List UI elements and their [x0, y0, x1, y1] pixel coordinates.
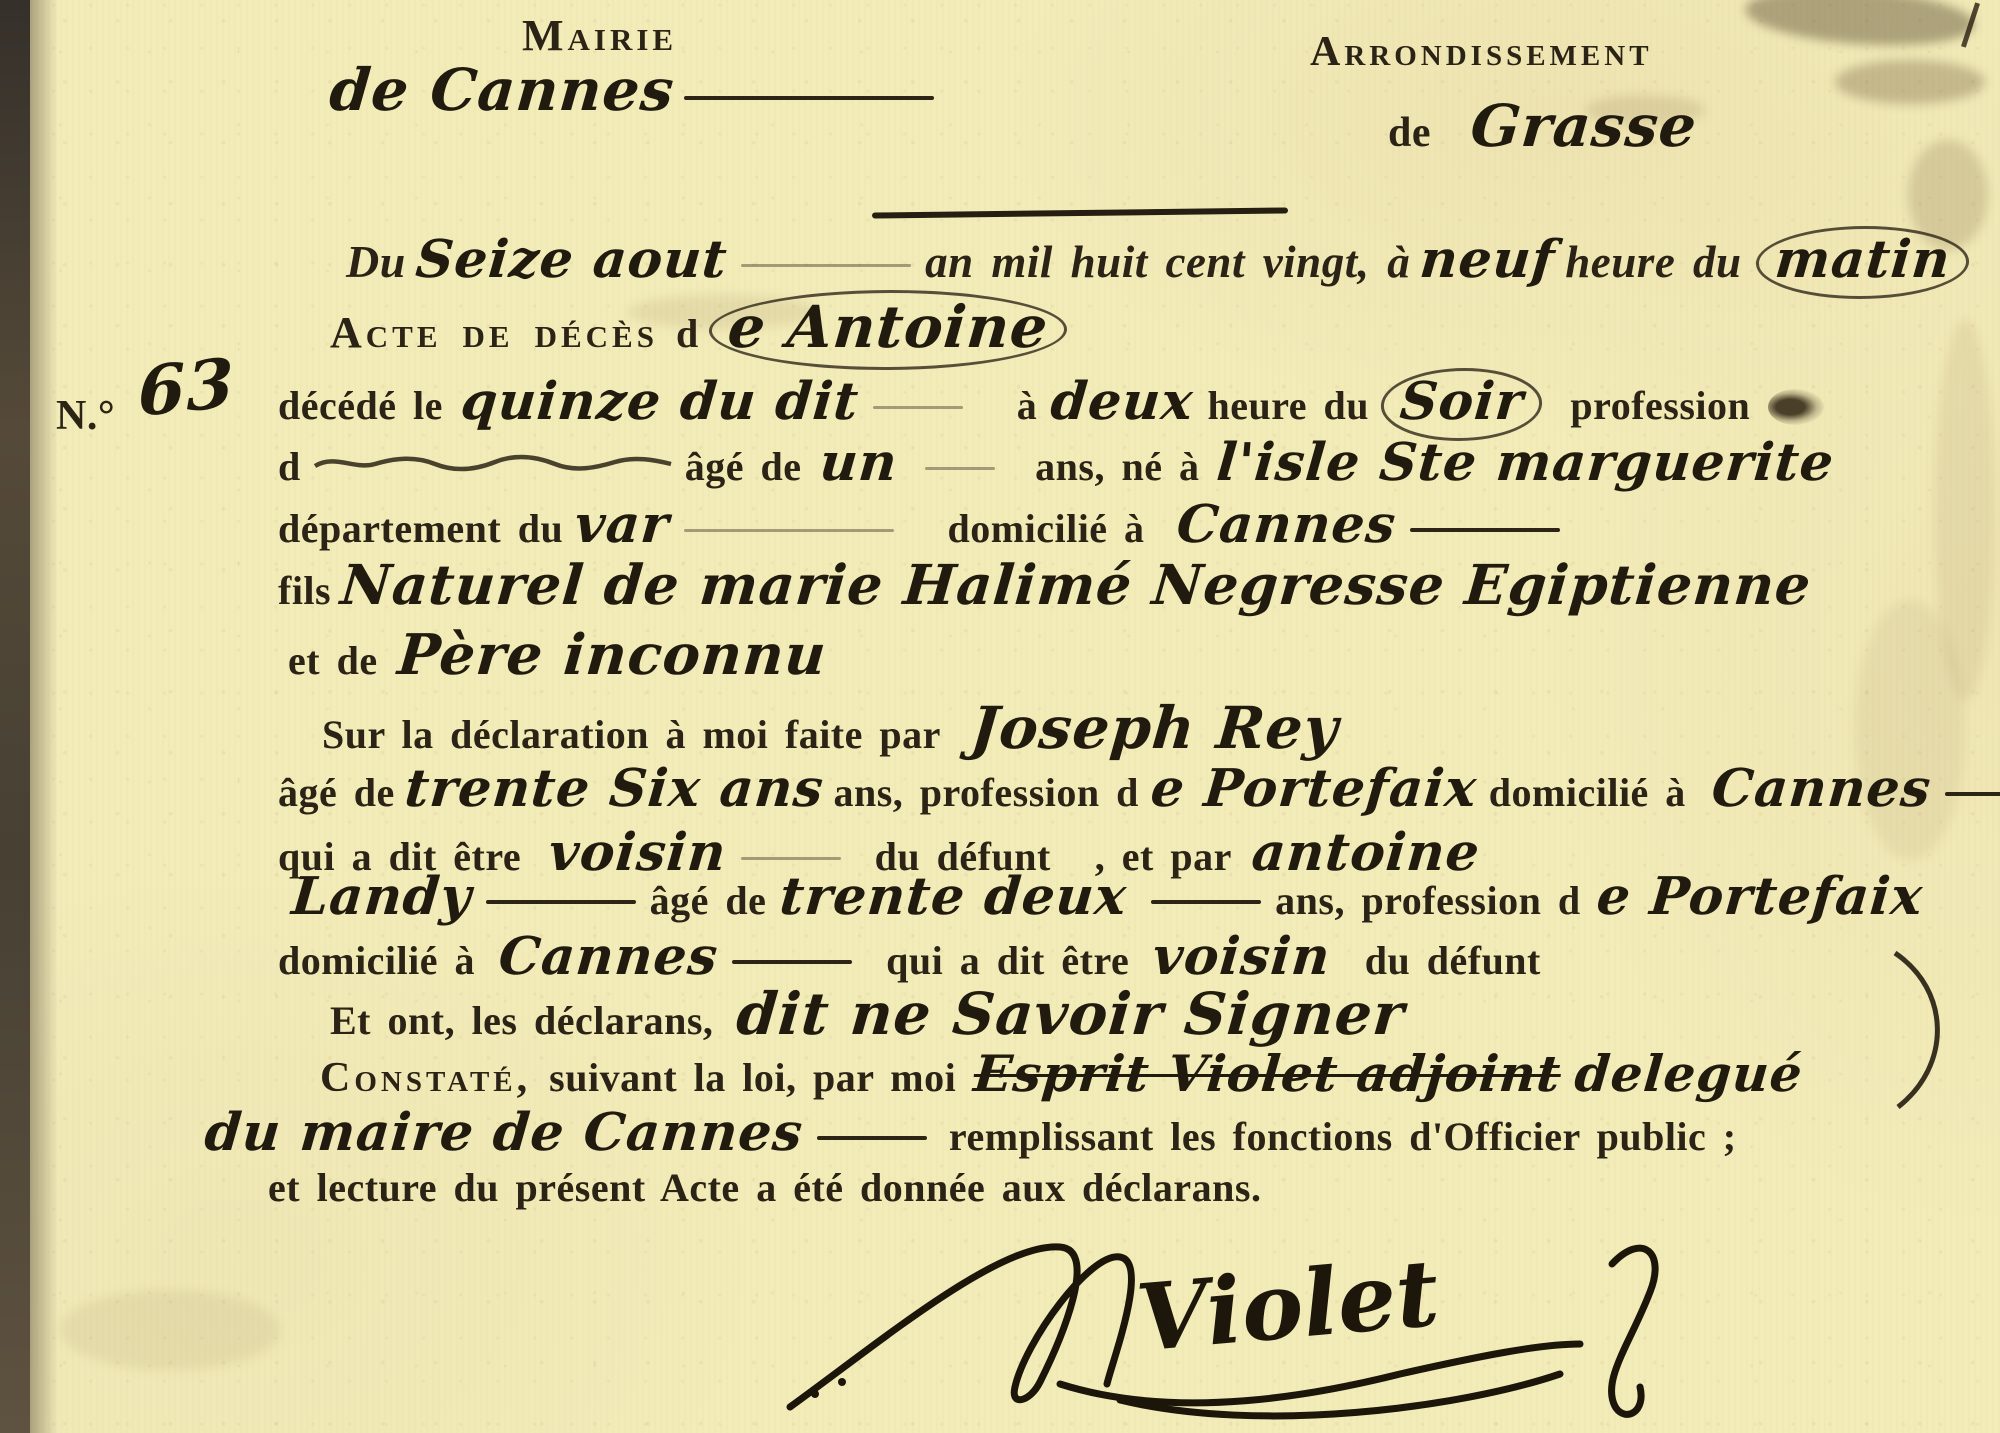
template-age-de: âgé de [278, 770, 395, 815]
entry-act-hour: neuf [1418, 229, 1558, 290]
entry-domicile: Cannes [1174, 494, 1398, 555]
acte-heading: Acte de décès [330, 308, 658, 357]
template-a: à [1017, 383, 1038, 428]
entry-officer-title: delegué [1572, 1044, 1805, 1103]
fill-line [1151, 900, 1261, 904]
entry-declarant1-name: Joseph Rey [968, 694, 1341, 762]
template-et-de: et de [288, 638, 378, 683]
template-fils: fils [278, 568, 331, 613]
entry-declarant2-domicile: Cannes [496, 926, 720, 987]
template-domicilie-a: domicilié à [278, 938, 475, 983]
fill-line-squiggle [313, 450, 673, 474]
horizontal-rule [872, 207, 1288, 218]
binding-edge [0, 0, 30, 1433]
entry-declarant1-domicile: Cannes [1709, 758, 1933, 819]
entry-officer-of-mayor: du maire de Cannes [202, 1102, 805, 1163]
template-remplissant: remplissant les fonctions d'Officier pub… [949, 1114, 1737, 1159]
template-heure-du: heure du [1565, 237, 1741, 287]
fill-line [684, 96, 934, 100]
template-suivant-la-loi: suivant la loi, par moi [549, 1055, 956, 1100]
numero-label: N.° [56, 393, 115, 439]
template-age-de: âgé de [685, 444, 802, 489]
arrondissement-entry: Grasse [1468, 92, 1700, 160]
entry-declarant2-relation: voisin [1151, 926, 1334, 987]
entry-deceased-age: un [817, 432, 900, 493]
fill-line [732, 960, 852, 964]
template-qui-a-dit: qui a dit être [886, 938, 1129, 983]
constate-heading: Constaté, [320, 1055, 531, 1101]
fill-line [1410, 528, 1560, 532]
template-departement-du: département du [278, 506, 563, 551]
template-ans-ne-a: ans, né à [1035, 444, 1199, 489]
template-profession: profession [1570, 383, 1750, 428]
entry-declarant1-age: trente Six ans [402, 758, 826, 819]
template-du-defunt: du défunt [1365, 938, 1541, 983]
fill-line [925, 467, 995, 470]
fill-line [817, 1136, 927, 1140]
template-decede-le: décédé le [278, 383, 443, 428]
template-age-de: âgé de [650, 878, 767, 923]
template-d: d [278, 444, 301, 489]
arrondissement-heading: Arrondissement [1310, 29, 1653, 75]
entry-filiation-father: Père inconnu [395, 622, 829, 688]
entry-act-date: Seize aout [413, 229, 730, 290]
signature-name: Violet [1133, 1239, 1443, 1373]
fill-line [873, 406, 963, 409]
template-domicilie-a: domicilié à [948, 506, 1145, 551]
template-et-ont: Et ont, les déclarans, [330, 998, 713, 1043]
template-ans-profession: ans, profession d [833, 770, 1138, 815]
template-domicilie-a: domicilié à [1489, 770, 1686, 815]
entry-deceased-name: e Antoine [705, 290, 1070, 370]
entry-department: var [573, 494, 673, 555]
template-year: an mil huit cent vingt, à [925, 237, 1410, 287]
fill-line [684, 529, 894, 532]
mairie-heading: Mairie [522, 11, 677, 60]
template-du: Du [346, 236, 406, 287]
pen-flourish [1880, 945, 1970, 1115]
entry-declarant2-profession: e Portefaix [1594, 866, 1925, 927]
entry-act-period: matin [1752, 226, 1972, 299]
officer-signature: Violet [760, 1222, 1700, 1428]
entry-declarants-cannot-sign: dit ne Savoir Signer [734, 980, 1408, 1048]
stain [1855, 600, 1965, 860]
fill-line [486, 900, 636, 904]
entry-filiation-mother: Naturel de marie Halimé Negresse Egiptie… [338, 552, 1814, 617]
entry-death-day: quinze du dit [458, 371, 861, 432]
entry-declarant1-profession: e Portefaix [1148, 758, 1479, 819]
fill-line [741, 264, 911, 267]
template-d: d [676, 311, 699, 356]
death-certificate-page: Mairie de Cannes Arrondissement de Grass… [0, 0, 2000, 1433]
entry-death-hour: deux [1049, 371, 1197, 432]
binding-shadow [30, 0, 58, 1433]
arrondissement-de-label: de [1388, 110, 1431, 156]
entry-death-period: Soir [1378, 368, 1546, 441]
entry-officer-name: Esprit Violet adjoint [972, 1044, 1564, 1103]
fill-line [741, 857, 841, 860]
stain [1743, 0, 1976, 52]
entry-declarant2-lastname: Landy [289, 866, 474, 927]
act-number: 63 [137, 343, 235, 433]
stain [1835, 60, 1985, 104]
fill-line [1945, 792, 2000, 796]
template-lecture: et lecture du présent Acte a été donnée … [268, 1165, 1261, 1210]
template-ans-profession: ans, profession d [1275, 878, 1580, 923]
entry-declarant2-age: trente deux [778, 866, 1130, 927]
mairie-entry: de Cannes [327, 56, 677, 124]
stain [60, 1290, 280, 1370]
ink-blot [1768, 389, 1824, 425]
template-declaration: Sur la déclaration à moi faite par [322, 712, 941, 757]
template-heure-du: heure du [1208, 383, 1370, 428]
entry-birthplace: l'isle Ste marguerite [1215, 432, 1837, 493]
